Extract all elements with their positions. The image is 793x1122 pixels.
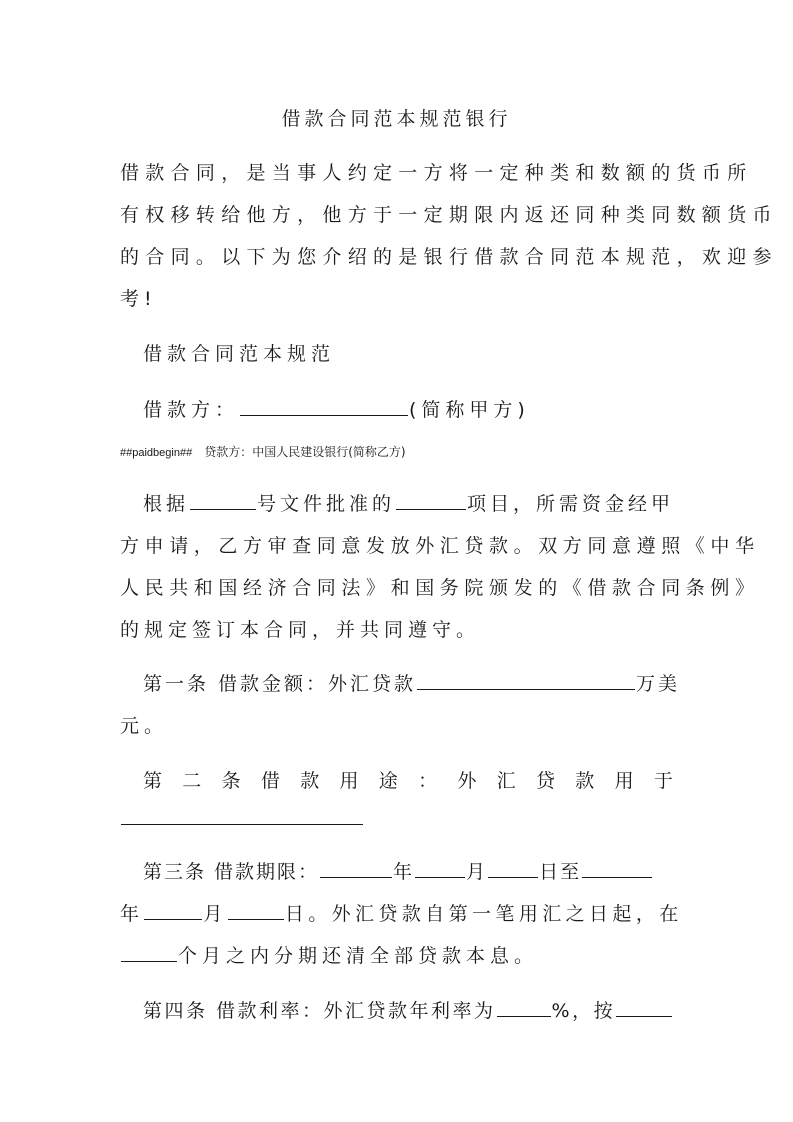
preamble-line-4: 的规定签订本合同，并共同遵守。 — [120, 617, 673, 643]
article2-char: 外 — [457, 768, 476, 794]
article2-char: ： — [418, 768, 437, 794]
article4-text: %，按 — [552, 1000, 616, 1022]
intro-line-1: 借款合同，是当事人约定一方将一定种类和数额的货币所 — [120, 160, 673, 186]
borrower-line: 借款方：(简称甲方) — [143, 397, 696, 423]
article2-char: 第 — [143, 768, 162, 794]
article1-line-1: 第一条 借款金额：外汇贷款万美 — [143, 671, 696, 697]
article3-text: 日。外汇贷款自第一笔用汇之日起，在 — [285, 903, 683, 925]
borrower-label: 借款方： — [143, 399, 239, 421]
article3-line-3: 个月之内分期还清全部贷款本息。 — [120, 943, 673, 969]
article1-text: 第一条 借款金额：外汇贷款 — [143, 673, 416, 695]
paid-marker: ##paidbegin## — [120, 447, 192, 459]
start-day-blank[interactable] — [488, 859, 538, 878]
article2-line-1: 第 二 条 借 款 用 途 ： 外 汇 贷 款 用 于 — [143, 768, 673, 794]
article3-text: 日至 — [539, 861, 581, 883]
article2-char: 款 — [300, 768, 319, 794]
article3-text: 年 — [120, 903, 143, 925]
start-month-blank[interactable] — [415, 859, 465, 878]
interest-basis-blank[interactable] — [616, 998, 672, 1017]
article4-text: 第四条 借款利率：外汇贷款年利率为 — [143, 1000, 496, 1022]
article3-line-1: 第三条 借款期限：年月日至 — [143, 859, 696, 885]
section-heading: 借款合同范本规范 — [143, 341, 696, 367]
preamble-text: 根据 — [143, 493, 189, 515]
article2-char: 贷 — [536, 768, 555, 794]
preamble-line-1: 根据号文件批准的项目，所需资金经甲 — [143, 491, 696, 517]
article3-text: 年 — [393, 861, 414, 883]
article1-line-2: 元。 — [120, 713, 673, 739]
borrower-blank[interactable] — [240, 397, 408, 416]
preamble-line-3: 人民共和国经济合同法》和国务院颁发的《借款合同条例》 — [120, 575, 673, 601]
preamble-text: 项目，所需资金经甲 — [467, 493, 674, 515]
article2-char: 二 — [182, 768, 201, 794]
article2-char: 借 — [261, 768, 280, 794]
borrower-suffix: (简称甲方) — [409, 399, 530, 421]
document-title: 借款合同范本规范银行 — [0, 104, 793, 131]
intro-line-2: 有权移转给他方，他方于一定期限内返还同种类同数额货币 — [120, 202, 673, 228]
article2-char: 汇 — [497, 768, 516, 794]
article2-char: 途 — [379, 768, 398, 794]
article3-line-2: 年月日。外汇贷款自第一笔用汇之日起，在 — [120, 901, 673, 927]
article2-char: 款 — [575, 768, 594, 794]
loan-amount-blank[interactable] — [417, 671, 635, 690]
interest-rate-blank[interactable] — [497, 998, 551, 1017]
article2-char: 用 — [615, 768, 634, 794]
start-year-blank[interactable] — [320, 859, 392, 878]
preamble-text: 号文件批准的 — [257, 493, 395, 515]
preamble-line-2: 方申请，乙方审查同意发放外汇贷款。双方同意遵照《中华 — [120, 533, 673, 559]
article4-line-1: 第四条 借款利率：外汇贷款年利率为%，按 — [143, 998, 696, 1024]
project-blank[interactable] — [396, 491, 466, 510]
end-month-blank[interactable] — [144, 901, 202, 920]
intro-line-4: 考! — [120, 286, 673, 312]
article2-char: 于 — [654, 768, 673, 794]
loan-purpose-blank[interactable] — [121, 806, 363, 825]
months-blank[interactable] — [121, 943, 177, 962]
end-year-blank[interactable] — [582, 859, 652, 878]
lender-line: ##paidbegin##贷款方：中国人民建设银行(简称乙方) — [120, 443, 406, 460]
intro-line-3: 的合同。以下为您介绍的是银行借款合同范本规范，欢迎参 — [120, 244, 673, 270]
article3-text: 月 — [203, 903, 226, 925]
article2-char: 条 — [222, 768, 241, 794]
article2-line-2 — [120, 806, 673, 832]
article3-text: 个月之内分期还清全部贷款本息。 — [178, 945, 538, 967]
lender-text: 贷款方：中国人民建设银行(简称乙方) — [204, 445, 405, 459]
document-number-blank[interactable] — [190, 491, 256, 510]
end-day-blank[interactable] — [228, 901, 284, 920]
article3-text: 月 — [466, 861, 487, 883]
article1-text: 万美 — [636, 673, 680, 695]
article2-char: 用 — [339, 768, 358, 794]
article3-text: 第三条 借款期限： — [143, 861, 319, 883]
